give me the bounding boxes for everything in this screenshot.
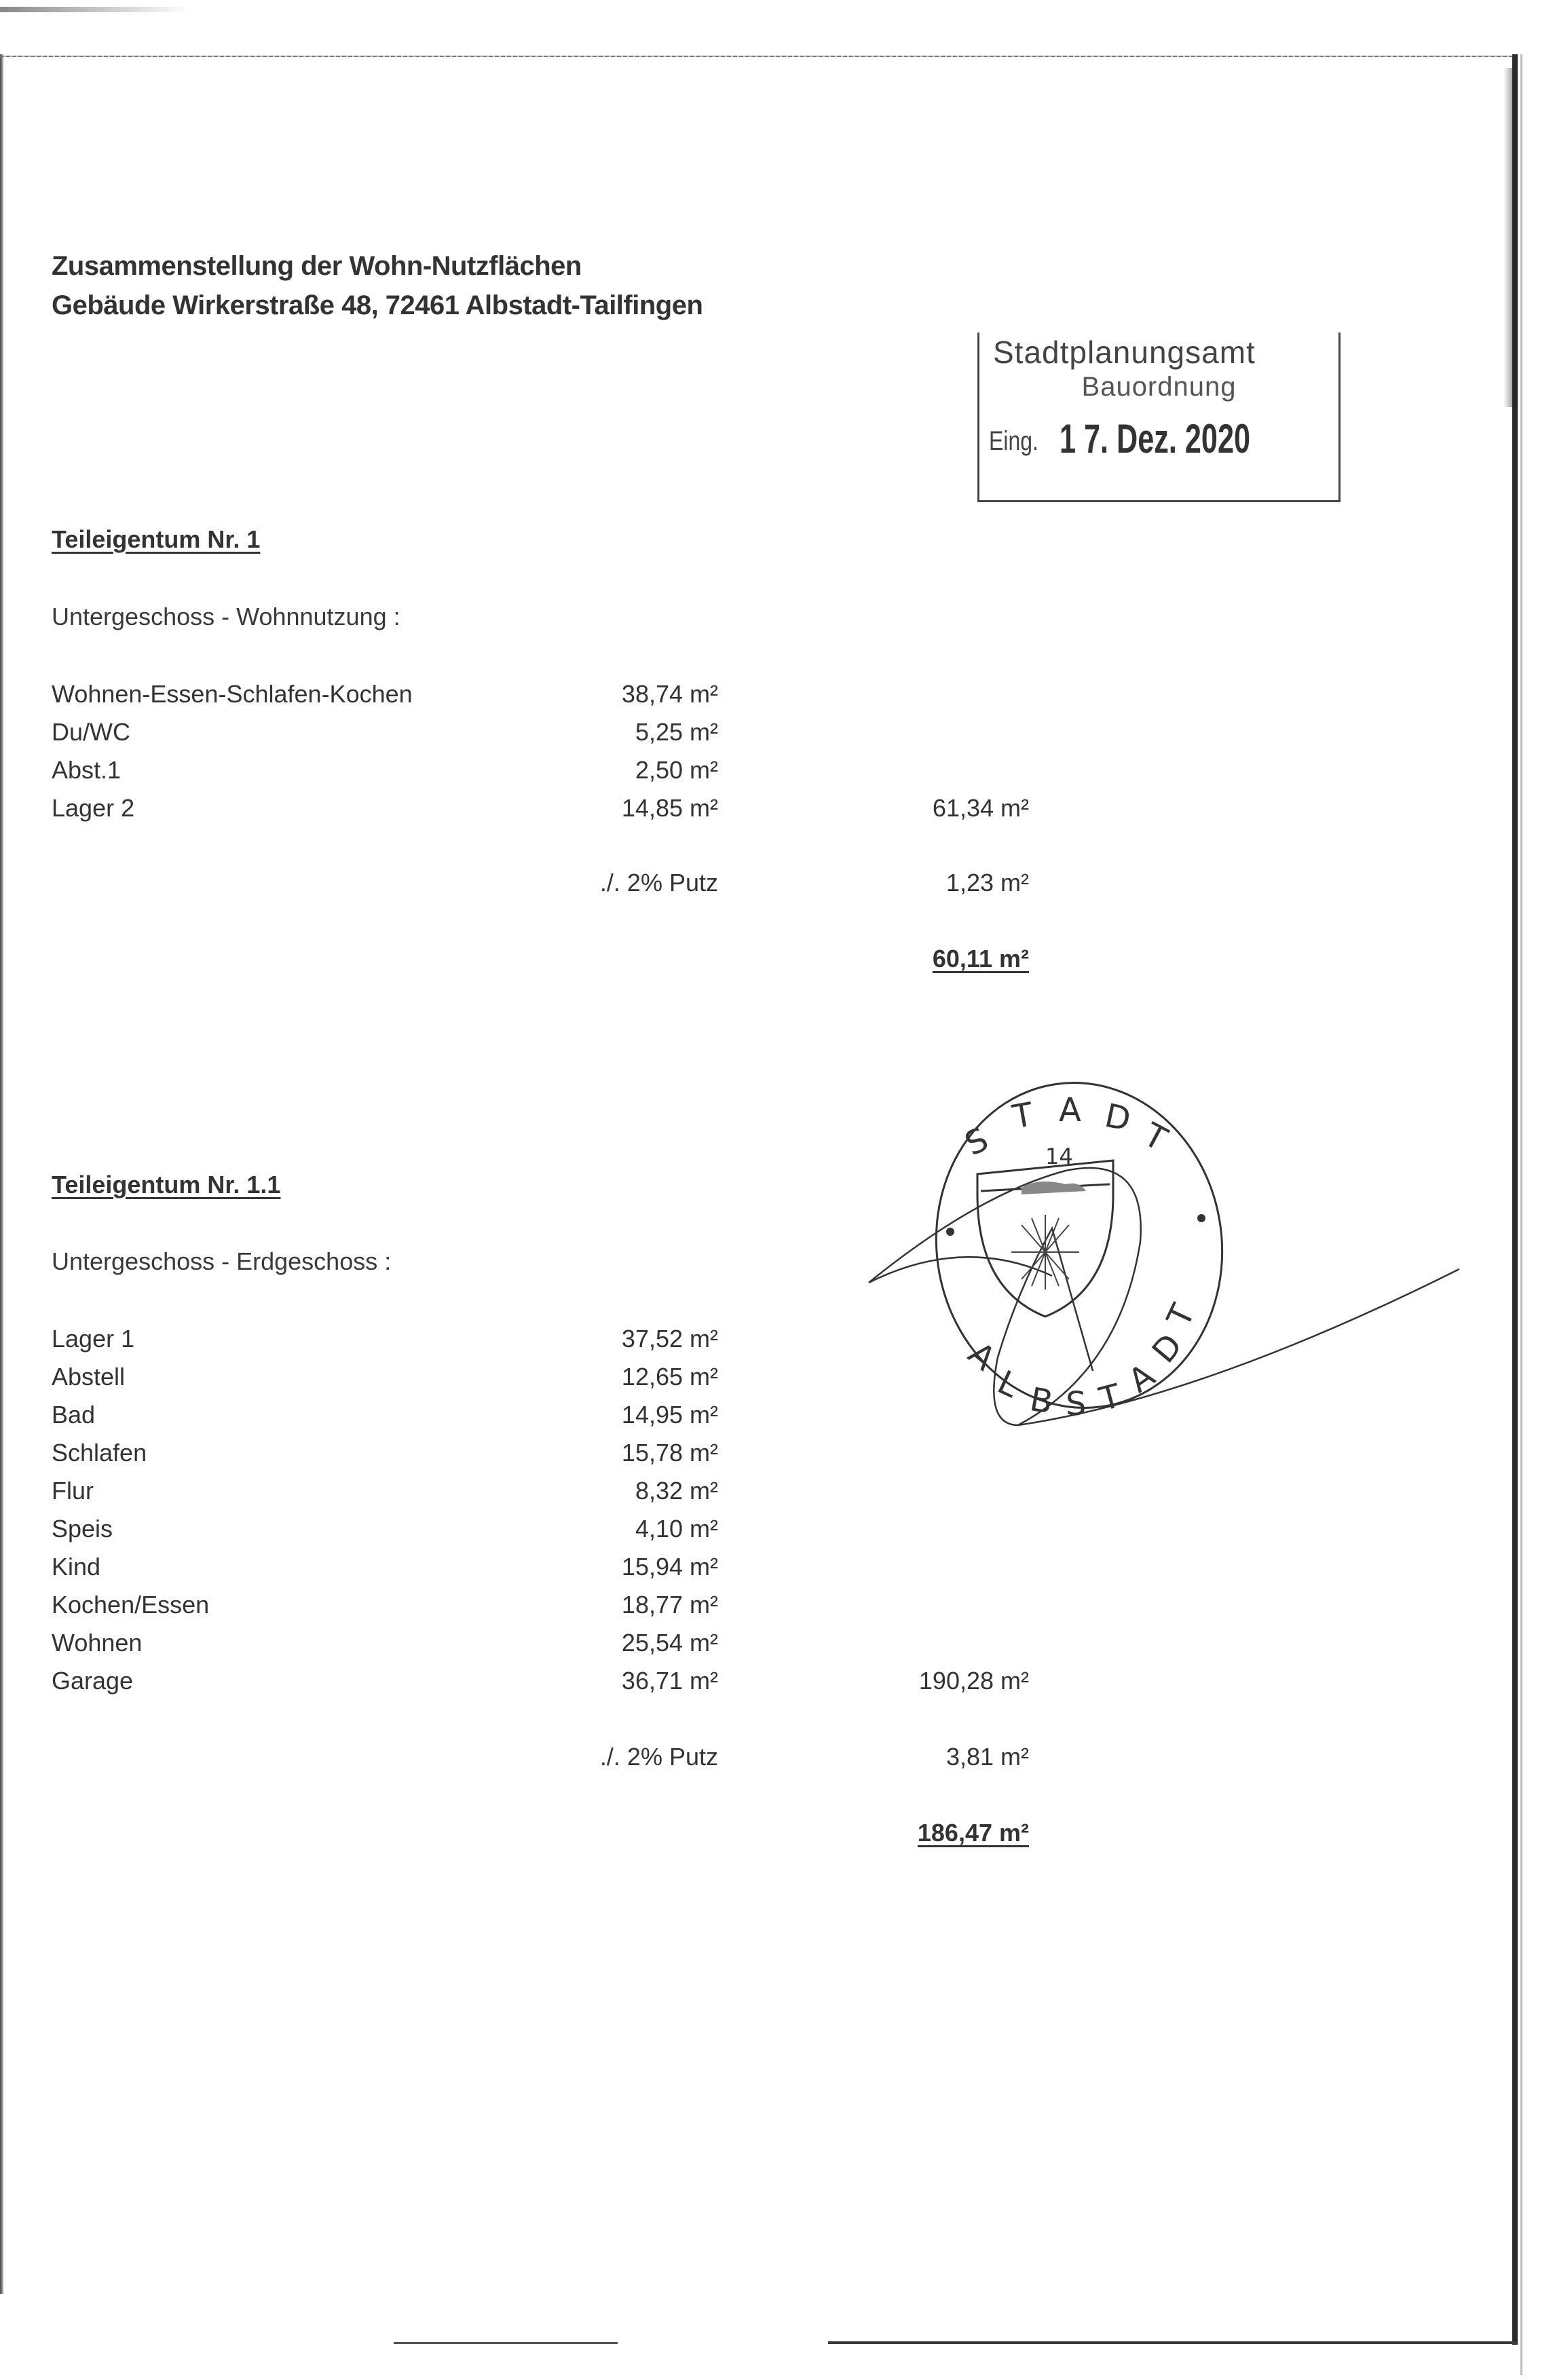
subtotal-area: 61,34 m² — [933, 794, 1029, 823]
room-row: Wohnen25,54 m² — [52, 1629, 1002, 1663]
scan-edge-left — [0, 54, 3, 2294]
room-row: Schlafen15,78 m² — [52, 1439, 1002, 1473]
seal-letter: L — [992, 1363, 1024, 1405]
plaster-deduction-row: ./. 2% Putz 1,23 m² — [52, 869, 1002, 903]
section-heading: Teileigentum Nr. 1 — [52, 525, 260, 554]
room-row: Du/WC5,25 m² — [52, 718, 1002, 752]
document-title: Zusammenstellung der Wohn-Nutzflächen — [52, 251, 582, 282]
seal-letter: D — [1102, 1097, 1134, 1139]
scan-shadow-top — [0, 7, 190, 12]
deduction-label: ./. 2% Putz — [600, 1743, 718, 1771]
seal-number: 14 — [1045, 1144, 1073, 1169]
room-row: Speis4,10 m² — [52, 1515, 1002, 1549]
page-border-bottom — [828, 2341, 1517, 2344]
subtotal-area: 190,28 m² — [919, 1667, 1029, 1695]
receipt-stamp: Stadtplanungsamt Bauordnung Eing. 1 7. D… — [977, 333, 1341, 502]
stamp-received-label: Eing. — [989, 426, 1038, 457]
room-area: 4,10 m² — [635, 1515, 718, 1543]
total-row: 60,11 m² — [52, 945, 1002, 979]
room-row: Flur8,32 m² — [52, 1477, 1002, 1511]
page-border-top — [0, 56, 1514, 57]
floor-label: Untergeschoss - Wohnnutzung : — [52, 603, 400, 631]
room-name: Kind — [52, 1553, 100, 1581]
page-shadow-right — [1503, 68, 1512, 407]
room-area: 8,32 m² — [635, 1477, 718, 1505]
room-row: Garage36,71 m²190,28 m² — [52, 1667, 1002, 1701]
deduction-value: 3,81 m² — [946, 1743, 1029, 1771]
room-name: Schlafen — [52, 1439, 147, 1467]
total-area: 60,11 m² — [933, 945, 1029, 973]
seal-letter: T — [1095, 1377, 1125, 1419]
room-name: Speis — [52, 1515, 113, 1543]
room-row: Abst.12,50 m² — [52, 756, 1002, 790]
page-border-bottom-left — [394, 2342, 618, 2344]
room-row: Abstell12,65 m² — [52, 1363, 1002, 1397]
room-row: Lager 137,52 m² — [52, 1325, 1002, 1359]
room-area: 2,50 m² — [635, 756, 718, 785]
room-row: Lager 214,85 m²61,34 m² — [52, 794, 1002, 828]
stamp-department: Bauordnung — [979, 372, 1338, 402]
room-area: 37,52 m² — [622, 1325, 718, 1353]
seal-letter: T — [1137, 1116, 1174, 1159]
deduction-label: ./. 2% Putz — [600, 869, 718, 897]
room-name: Garage — [52, 1667, 133, 1695]
room-area: 15,94 m² — [622, 1553, 718, 1581]
room-name: Wohnen — [52, 1629, 142, 1657]
room-name: Kochen/Essen — [52, 1591, 209, 1619]
deduction-value: 1,23 m² — [946, 869, 1029, 897]
room-name: Du/WC — [52, 718, 130, 747]
section-heading: Teileigentum Nr. 1.1 — [52, 1171, 280, 1199]
city-seal-with-signature: S T A D T 14 A L B S T A D T — [862, 1072, 1486, 1479]
room-area: 14,85 m² — [622, 794, 718, 823]
seal-letter: T — [1159, 1298, 1203, 1334]
room-name: Abst.1 — [52, 756, 121, 785]
stamp-office: Stadtplanungsamt — [993, 334, 1256, 371]
room-name: Lager 1 — [52, 1325, 134, 1353]
seal-letter: B — [1027, 1380, 1055, 1422]
seal-emblem-sunburst — [1011, 1215, 1079, 1289]
seal-letter: A — [1059, 1091, 1081, 1129]
room-area: 5,25 m² — [635, 718, 718, 747]
room-name: Abstell — [52, 1363, 125, 1391]
floor-label: Untergeschoss - Erdgeschoss : — [52, 1247, 391, 1276]
page-border-right — [1512, 54, 1518, 2345]
room-name: Flur — [52, 1477, 94, 1505]
room-area: 38,74 m² — [622, 680, 718, 709]
room-row: Bad14,95 m² — [52, 1401, 1002, 1435]
room-area: 15,78 m² — [622, 1439, 718, 1467]
room-row: Kind15,94 m² — [52, 1553, 1002, 1587]
room-area: 14,95 m² — [622, 1401, 718, 1429]
seal-letter: T — [1009, 1095, 1036, 1137]
room-row: Wohnen-Essen-Schlafen-Kochen38,74 m² — [52, 680, 1002, 714]
total-row: 186,47 m² — [52, 1819, 1002, 1853]
room-name: Wohnen-Essen-Schlafen-Kochen — [52, 680, 413, 709]
seal-crown-shade — [1022, 1182, 1086, 1194]
seal-letter: S — [1066, 1385, 1086, 1423]
seal-dot — [946, 1228, 954, 1236]
seal-letter: D — [1145, 1327, 1191, 1370]
stamp-received-date: 1 7. Dez. 2020 — [1060, 415, 1250, 462]
room-area: 18,77 m² — [622, 1591, 718, 1619]
room-name: Lager 2 — [52, 794, 134, 823]
room-area: 25,54 m² — [622, 1629, 718, 1657]
room-area: 12,65 m² — [622, 1363, 718, 1391]
seal-dot — [1197, 1214, 1205, 1222]
room-area: 36,71 m² — [622, 1667, 718, 1695]
plaster-deduction-row: ./. 2% Putz 3,81 m² — [52, 1743, 1002, 1777]
room-row: Kochen/Essen18,77 m² — [52, 1591, 1002, 1625]
document-subtitle: Gebäude Wirkerstraße 48, 72461 Albstadt-… — [52, 290, 702, 321]
page-border-outer — [1520, 54, 1522, 2375]
room-name: Bad — [52, 1401, 95, 1429]
total-area: 186,47 m² — [918, 1819, 1029, 1847]
